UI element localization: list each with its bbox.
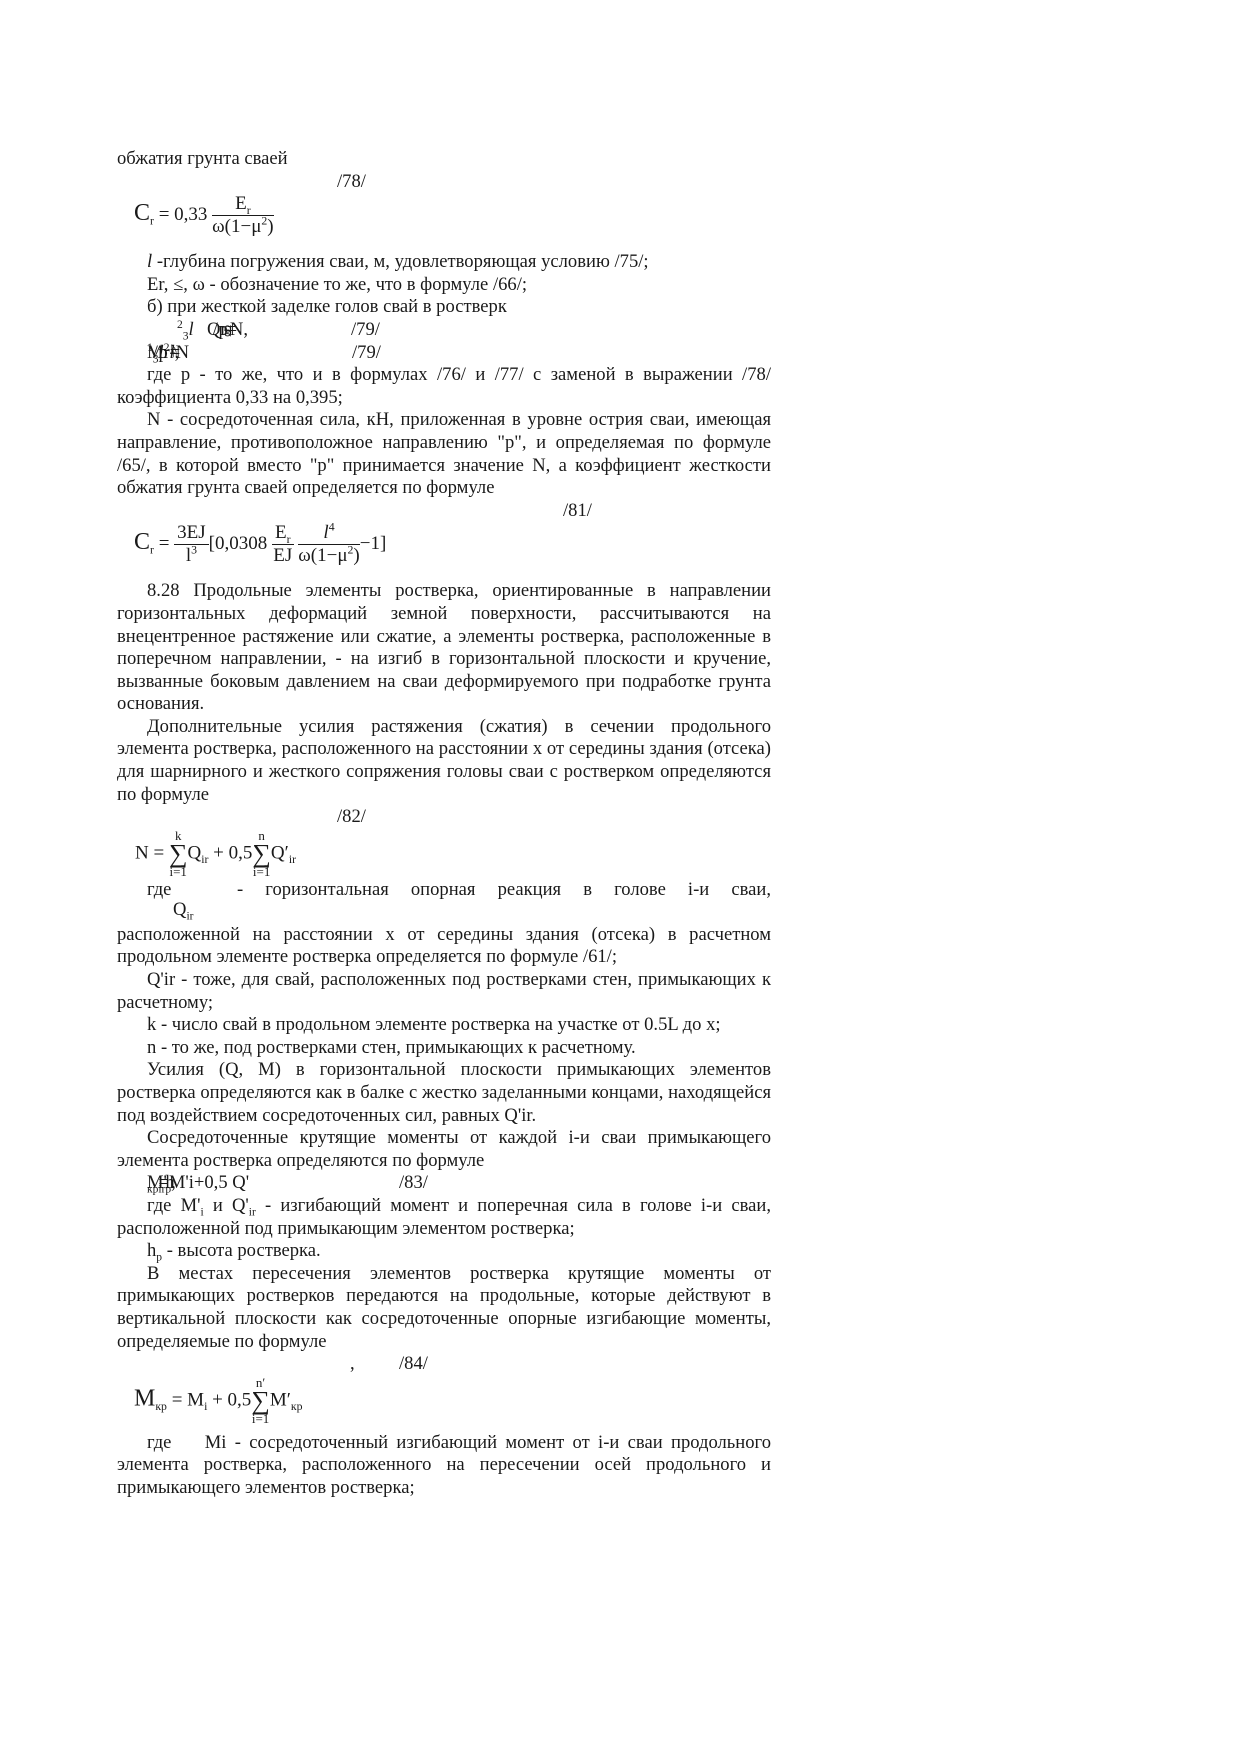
forces-paragraph: Усилия (Q, M) в горизонтальной плоскости… xyxy=(117,1059,771,1127)
formula-number-81-row: /81/ xyxy=(117,500,771,523)
torques-paragraph: Сосредоточенные крутящие моменты от кажд… xyxy=(117,1127,771,1172)
where-p-paragraph: где p - то же, что и в формулах /76/ и /… xyxy=(117,364,771,409)
formula-82: N = k∑i=1Qir + 0,5n∑i=1Q′ir xyxy=(117,829,771,879)
where-m-paragraph: где M'i и Q'ir - изгибающий момент и поп… xyxy=(117,1195,771,1240)
formula-83: M'кр=M'i+0,5 Q'ir hp , /83/ xyxy=(117,1172,771,1195)
formula-number-84-row: , /84/ xyxy=(117,1353,771,1376)
formula-number-78-row: /78/ xyxy=(117,171,771,194)
formula-78: Cr = 0,33 Er ω(1−μ2) xyxy=(117,193,771,251)
section-8-28-paragraph: 8.28 Продольные элементы ростверка, орие… xyxy=(117,580,771,716)
N-definition-paragraph: N - сосредоточенная сила, кН, приложенна… xyxy=(117,409,771,499)
formula-79b: Mr= 1/3 p l2 -Nᚥl, /79/ xyxy=(117,342,771,365)
l-definition: l -глубина погружения сваи, м, удовлетво… xyxy=(117,251,771,274)
where-mi-paragraph: где Mi - сосредоточенный изгибающий моме… xyxy=(117,1432,771,1500)
symbol-glyph-icon: ꬶ xyxy=(194,319,233,342)
formula-81: Cr = 3EJl3[0,0308 ErEJ l4ω(1−μ2)−1] xyxy=(117,522,771,580)
k-definition: k - число свай в продольном элементе рос… xyxy=(117,1014,771,1037)
located-paragraph: расположенной на расстоянии x от середин… xyxy=(117,924,771,969)
formula-84: Mкр = Mi + 0,5n′∑i=1M′кр xyxy=(117,1376,771,1432)
hp-definition: hp - высота ростверка. xyxy=(117,1240,771,1263)
intro-line: обжатия грунта сваей xyxy=(117,148,771,171)
formula-number-78: /78/ xyxy=(337,171,366,194)
n-definition: n - то же, под ростверками стен, примыка… xyxy=(117,1037,771,1060)
where-q-paragraph: где Qir - горизонтальная опорная реакция… xyxy=(117,879,771,924)
document-page: обжатия грунта сваей /78/ Cr = 0,33 Er ω… xyxy=(117,148,771,1500)
er-definition: Er, ≤, ω - обозначение то же, что в форм… xyxy=(117,274,771,297)
formula-number-82-row: /82/ xyxy=(117,806,771,829)
rigid-fixing-heading: б) при жесткой заделке голов свай в рост… xyxy=(117,296,771,319)
qir-definition: Q'ir - тоже, для свай, расположенных под… xyxy=(117,969,771,1014)
formula-79a: Qr= 2/3 p l -N,ꬶ /79/ xyxy=(117,319,771,342)
intersection-paragraph: В местах пересечения элементов ростверка… xyxy=(117,1263,771,1353)
additional-forces-paragraph: Дополнительные усилия растяжения (сжатия… xyxy=(117,716,771,806)
